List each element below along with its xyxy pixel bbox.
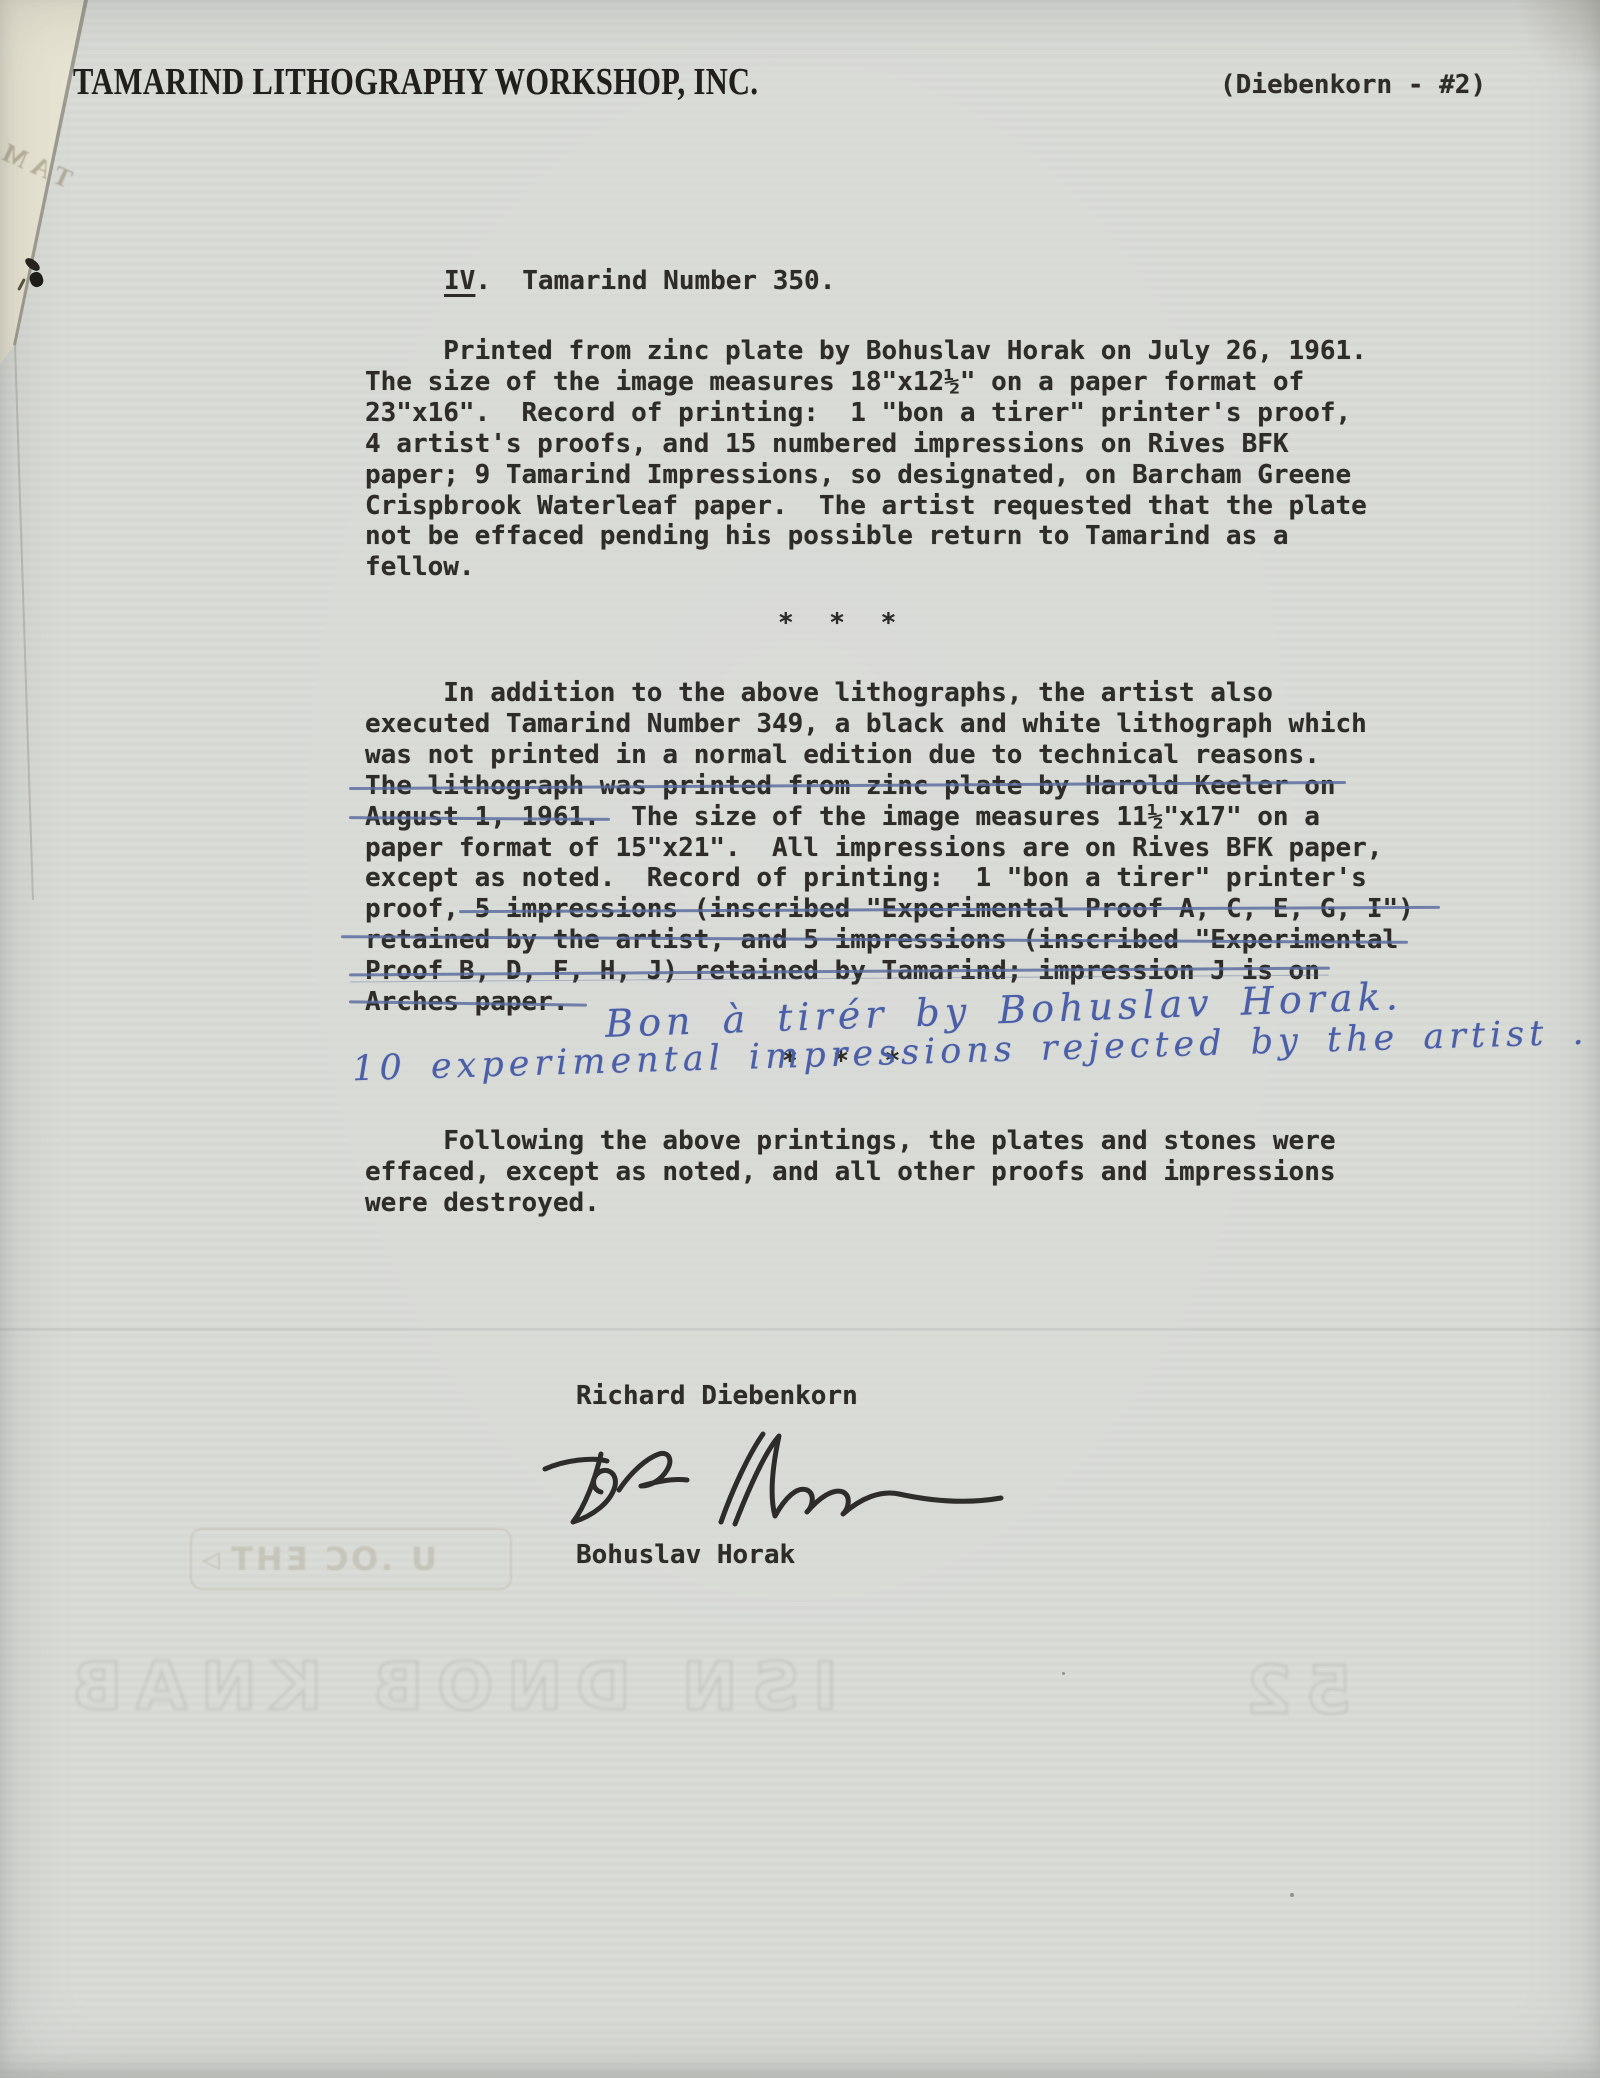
typed-text: proof, (365, 894, 475, 924)
letterhead-company-name: TAMARIND LITHOGRAPHY WORKSHOP, INC. (73, 62, 758, 104)
typed-line: effaced, except as noted, and all other … (365, 1157, 1336, 1188)
staple-ink-mark (18, 252, 52, 296)
stamp-bleed-through: ◁ THE CO. U (190, 1528, 512, 1590)
typed-line: except as noted. Record of printing: 1 "… (365, 863, 1414, 894)
paragraph-3: Following the above printings, the plate… (365, 1126, 1336, 1219)
typed-line: Crispbrook Waterleaf paper. The artist r… (365, 491, 1367, 522)
stamp-arrow-icon: ◁ (202, 1542, 220, 1577)
struck-text: The lithograph was printed from zinc pla… (365, 771, 1336, 802)
watermark-bleed-through: BANK BOND NSI (58, 1648, 838, 1725)
struck-text: 5 impressions (inscribed "Experimental P… (475, 894, 1414, 925)
paragraph-1: Printed from zinc plate by Bohuslav Hora… (365, 336, 1367, 583)
horizontal-fold-crease (0, 1328, 1600, 1331)
scanned-document-page: TAM TAMARIND LITHOGRAPHY WORKSHOP, INC. … (0, 0, 1600, 2078)
typed-line: Printed from zinc plate by Bohuslav Hora… (365, 336, 1367, 367)
watermark-bleed-fragment: 25 (1232, 1652, 1352, 1729)
struck-text: retained by the artist, and 5 impression… (365, 925, 1398, 956)
typed-line: fellow. (365, 552, 1367, 583)
stamp-bleed-text: THE CO. U (228, 1540, 437, 1578)
section-heading: IV. Tamarind Number 350. (444, 266, 835, 297)
artist-name-typed: Richard Diebenkorn (576, 1381, 858, 1412)
typed-line-struck: The lithograph was printed from zinc pla… (365, 771, 1414, 802)
typed-line: Following the above printings, the plate… (365, 1126, 1336, 1157)
typed-text: The size of the image measures 11½"x17" … (600, 802, 1320, 832)
signature-bohuslav-horak (535, 1424, 1015, 1534)
typed-line: 23"x16". Record of printing: 1 "bon a ti… (365, 398, 1367, 429)
top-right-corner-shadow (1510, 0, 1600, 70)
paper-fleck (1290, 1893, 1294, 1897)
typed-line: 4 artist's proofs, and 15 numbered impre… (365, 429, 1367, 460)
typed-line: were destroyed. (365, 1188, 1336, 1219)
asterisk-separator: * * * (778, 608, 896, 639)
document-reference: (Diebenkorn - #2) (1220, 70, 1486, 101)
struck-text: August 1, 1961. (365, 802, 600, 833)
typed-line-partial-struck: August 1, 1961. The size of the image me… (365, 802, 1414, 833)
paragraph-2: In addition to the above lithographs, th… (365, 678, 1414, 1018)
section-numeral-sep: . (475, 266, 522, 296)
section-title: Tamarind Number 350. (522, 266, 835, 296)
typed-line: was not printed in a normal edition due … (365, 740, 1414, 771)
section-numeral: IV (444, 266, 475, 296)
typed-line: In addition to the above lithographs, th… (365, 678, 1414, 709)
typed-line-struck: retained by the artist, and 5 impression… (365, 925, 1414, 956)
typed-line: The size of the image measures 18"x12½" … (365, 367, 1367, 398)
typed-line: paper; 9 Tamarind Impressions, so design… (365, 460, 1367, 491)
typed-line: not be effaced pending his possible retu… (365, 521, 1367, 552)
printer-name-typed: Bohuslav Horak (576, 1540, 795, 1571)
paper-fleck (1062, 1672, 1065, 1675)
typed-line-partial-struck: proof, 5 impressions (inscribed "Experim… (365, 894, 1414, 925)
typed-line: executed Tamarind Number 349, a black an… (365, 709, 1414, 740)
typed-line: paper format of 15"x21". All impressions… (365, 833, 1414, 864)
struck-text: Arches paper. (365, 987, 569, 1018)
